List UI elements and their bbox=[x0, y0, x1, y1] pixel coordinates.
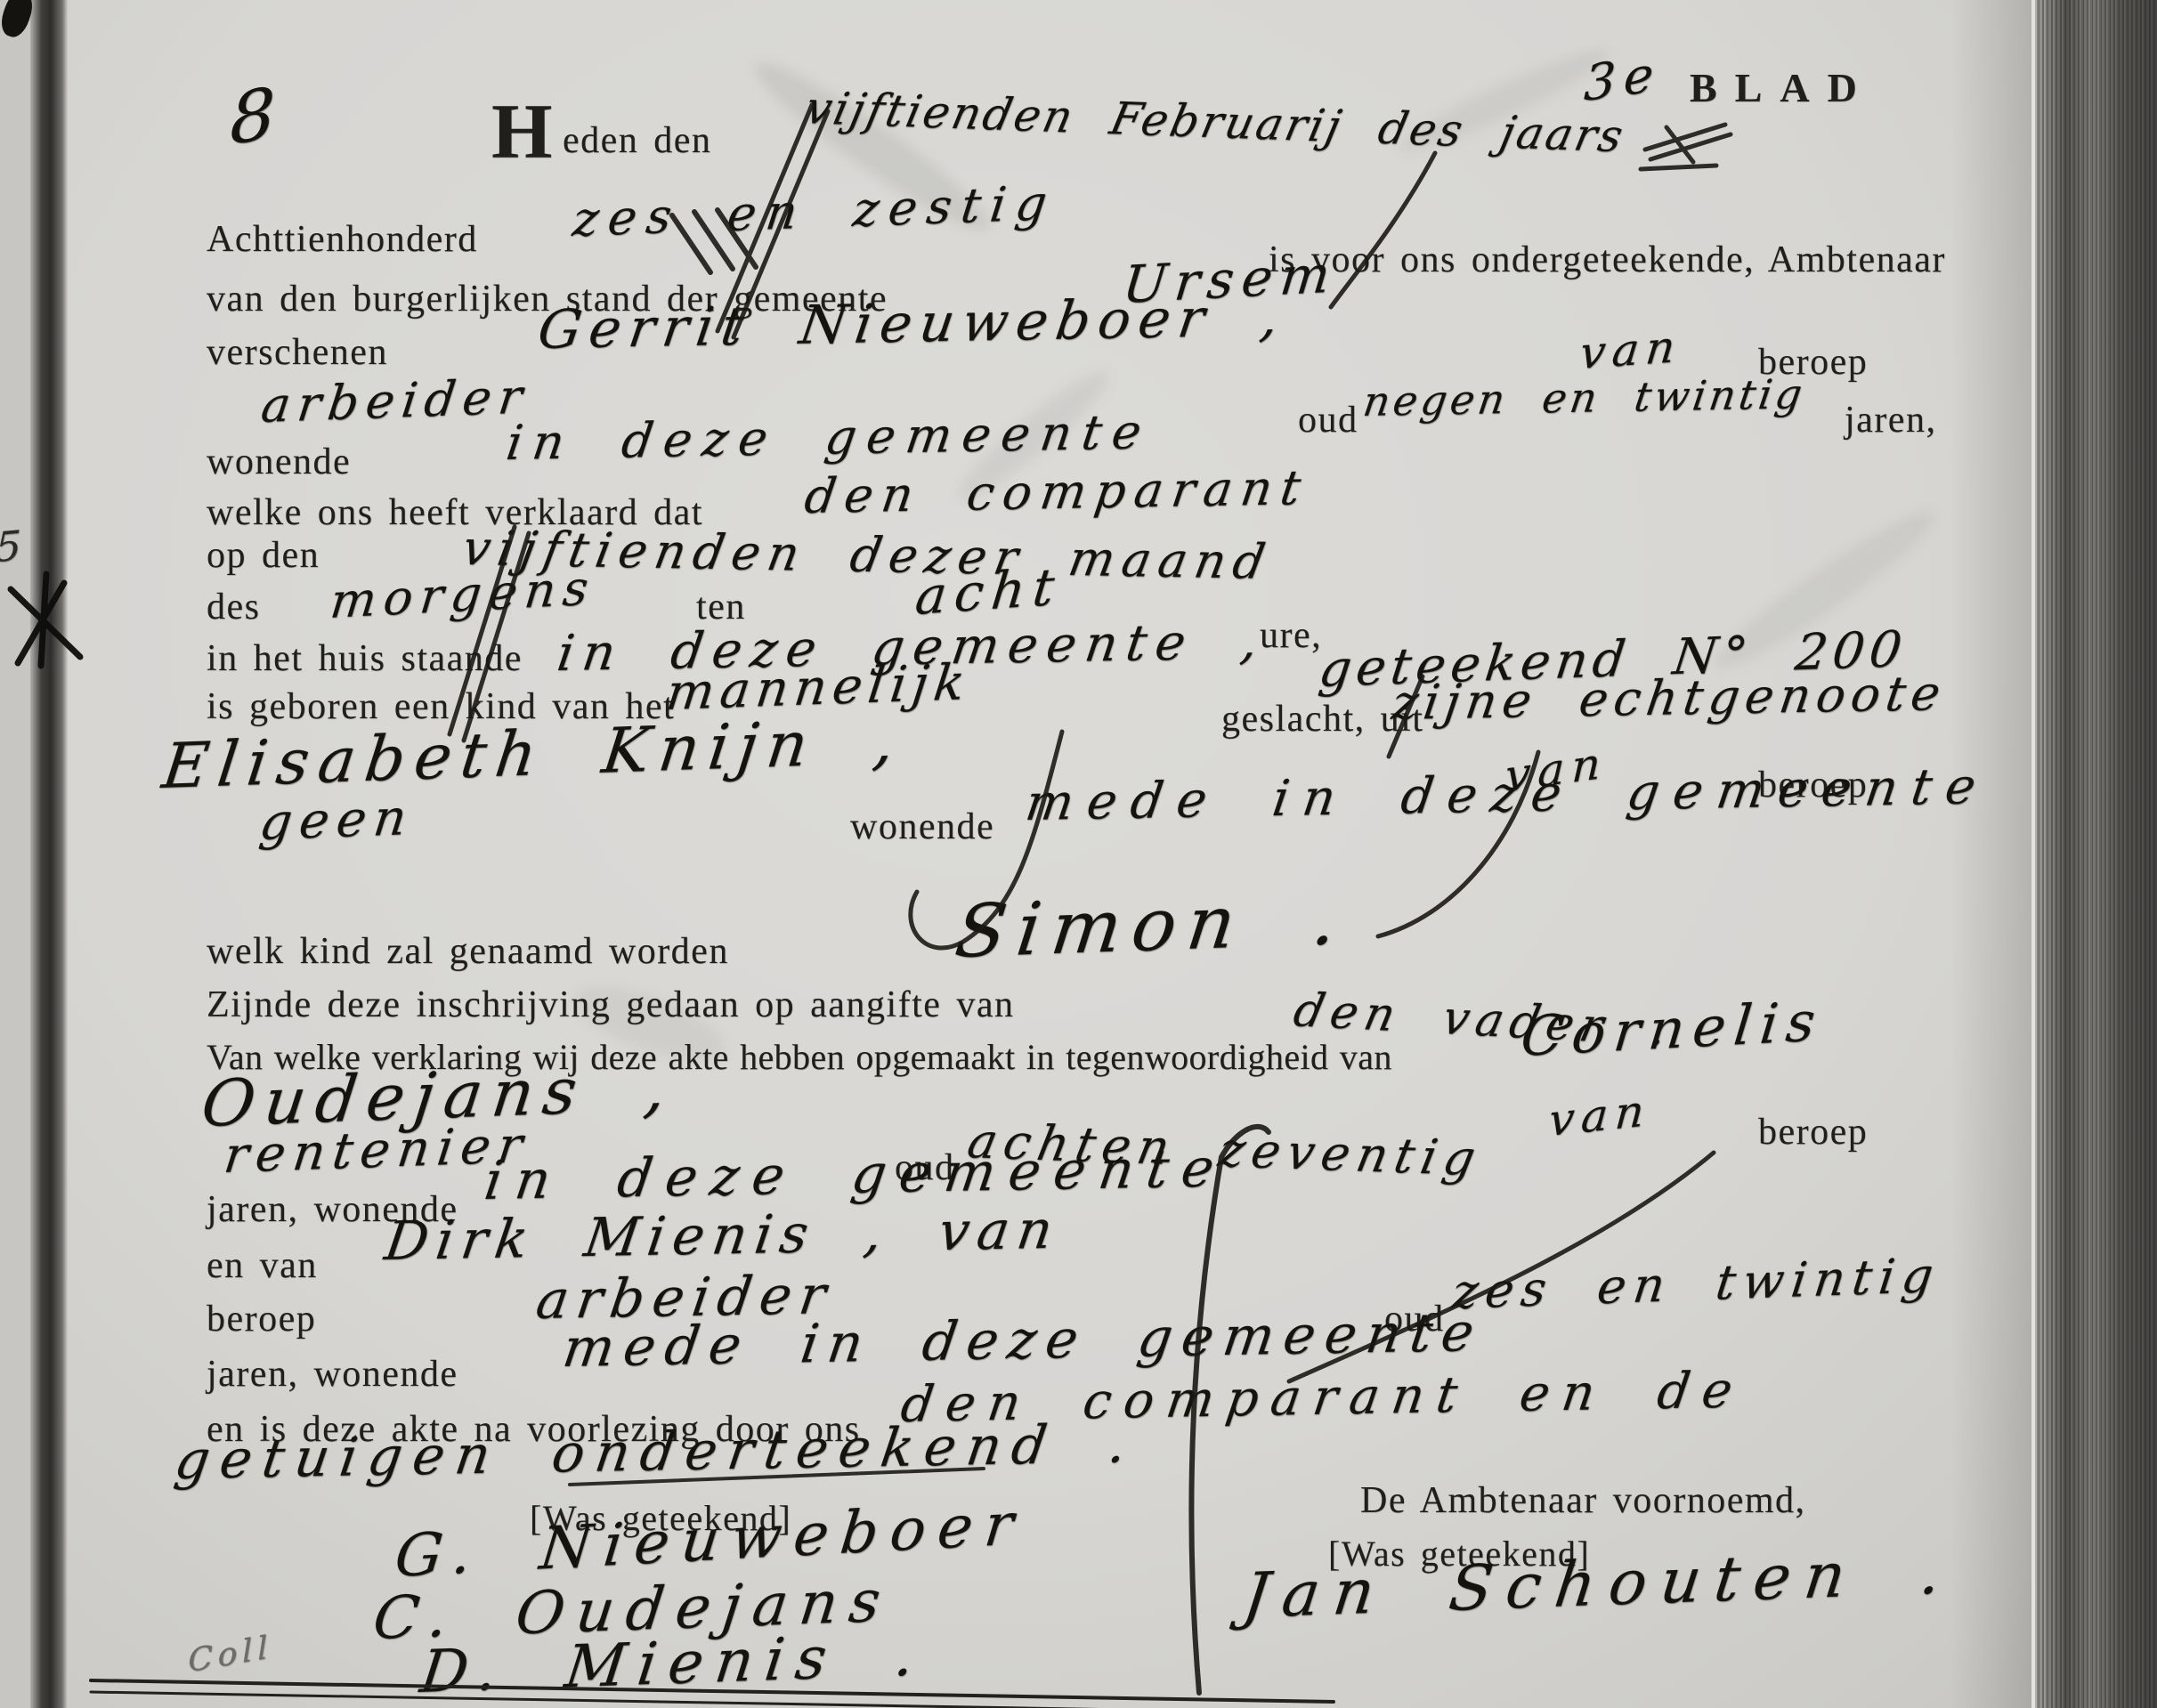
sheet-label: BLAD bbox=[1690, 64, 1875, 111]
written-comparant: den comparant bbox=[801, 459, 1313, 524]
printed-oud: oud bbox=[1298, 399, 1358, 441]
sheet-number: 3e bbox=[1583, 45, 1662, 113]
collation-note: Coll bbox=[188, 1629, 273, 1680]
printed-beroep: beroep bbox=[207, 1298, 316, 1340]
written-van: van bbox=[1547, 1085, 1652, 1146]
printed-des: des bbox=[207, 586, 261, 628]
sheet-number-scribble bbox=[1641, 125, 1731, 169]
printed-en-van: en van bbox=[207, 1244, 318, 1287]
printed-house-clause: in het huis staande bbox=[207, 637, 523, 680]
printed-verschenen: verschenen bbox=[207, 331, 388, 374]
printed-wonende: wonende bbox=[207, 441, 351, 483]
written-declarant-age: negen en twintig bbox=[1360, 369, 1808, 425]
written-daypart: morgens bbox=[328, 560, 598, 629]
margin-page-note: 5 bbox=[0, 521, 28, 571]
printed-op-den: op den bbox=[207, 534, 320, 577]
written-child-name: Simon . bbox=[951, 877, 1352, 975]
printed-registrar-title: De Ambtenaar voornoemd, bbox=[1360, 1479, 1806, 1522]
page-fold-shadow bbox=[1950, 0, 2031, 1708]
printed-heden-den: eden den bbox=[563, 119, 711, 162]
act-number: 8 bbox=[230, 69, 287, 161]
printed-registration-clause: Zijnde deze inschrijving gedaan op aangi… bbox=[207, 984, 1015, 1026]
dropcap-h: H bbox=[491, 87, 554, 177]
scanned-birth-record-page: 5 3e BLAD 8 H eden den vijftienden Febru… bbox=[0, 0, 2157, 1708]
book-binding-edge bbox=[2031, 0, 2157, 1708]
written-witness1-residence: in deze gemeente bbox=[481, 1137, 1231, 1212]
printed-child-name-clause: welk kind zal genaamd worden bbox=[207, 930, 729, 973]
printed-wonende: wonende bbox=[850, 805, 994, 848]
written-mother-occupation: geen bbox=[256, 789, 418, 852]
written-witness2-name: Dirk Mienis , van bbox=[381, 1199, 1065, 1273]
written-mother-residence: mede in deze gemeente . bbox=[1022, 757, 2076, 832]
written-witness2-age: zes en twintig bbox=[1449, 1247, 1943, 1320]
written-declarant-occupation: arbeider bbox=[258, 368, 532, 433]
written-spouse-clause: zijne echtgenoote bbox=[1389, 665, 1950, 731]
jaars-descender bbox=[1331, 153, 1435, 307]
printed-jaren-wonende: jaren, wonende bbox=[207, 1353, 458, 1396]
printed-official-clause: is voor ons ondergeteekende, Ambtenaar bbox=[1269, 239, 1946, 281]
written-declarant-name: Gerrit Nieuweboer , bbox=[534, 286, 1291, 361]
printed-beroep: beroep bbox=[1758, 1111, 1868, 1154]
written-year: zes en zestig bbox=[570, 174, 1059, 247]
page-gutter-shadow bbox=[30, 0, 68, 1708]
written-declarant-residence: in deze gemeente bbox=[503, 403, 1156, 471]
printed-year-prefix: Achttienhonderd bbox=[207, 218, 478, 261]
written-van: van bbox=[1577, 320, 1684, 379]
adjacent-page-strip bbox=[0, 0, 30, 1708]
printed-jaren: jaren, bbox=[1845, 399, 1936, 441]
